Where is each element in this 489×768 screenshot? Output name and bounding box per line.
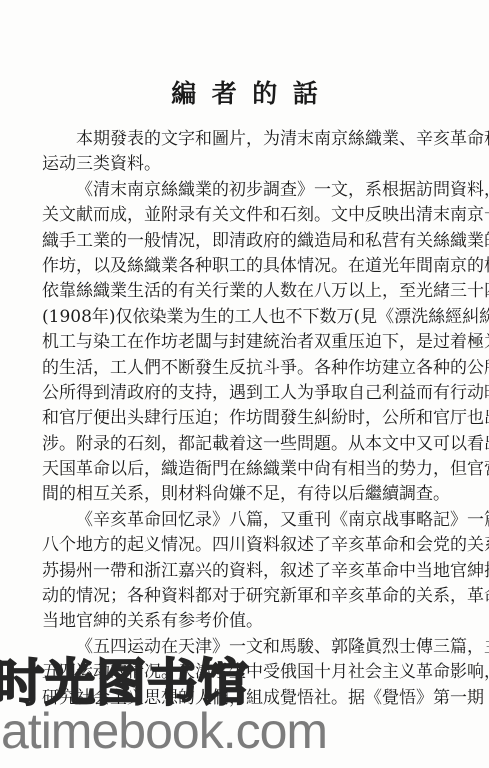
text-line: 《清末南京絲織業的初步調查》一文，系根据訪問資料，参考有 — [42, 178, 448, 203]
text-line: 的生活，工人們不断發生反抗斗爭。各种作坊建立各种的公所，这种 — [42, 356, 448, 381]
text-line: (1908年)仅依染業为生的工人也不下数万(見《漂洗絲經糾紛碑》)。 — [42, 305, 448, 330]
text-line: 作坊，以及絲織業各种职工的具体情况。在道光年間南京的机工和 — [42, 254, 448, 279]
text-line: 动的情况；各种資料都对于研究新軍和辛亥革命的关系，革命党人与 — [42, 584, 448, 609]
text-line: 五四运动的情况。天津学生中受俄国十月社会主义革命影响，开始 — [42, 660, 448, 685]
text-line: 《辛亥革命回忆录》八篇，又重刊《南京战事略記》一篇，共叙述了 — [42, 508, 448, 533]
text-line: 間的相互关系，則材料尙嫌不足，有待以后繼續調查。 — [42, 482, 448, 507]
page-title: 編者的話 — [0, 74, 489, 110]
text-line: 机工与染工在作坊老闆与封建統治者双重压迫下，是过着極为困苦 — [42, 330, 448, 355]
text-line: 苏揚州一帶和浙江嘉兴的資料，叙述了辛亥革命中当地官紳投机活 — [42, 559, 448, 584]
text-line: 运动三类資料。 — [42, 152, 448, 177]
text-line: 依靠絲織業生活的有关行業的人数在八万以上，至光緒三十四年 — [42, 279, 448, 304]
text-line: 研究社会主义思想的人們，組成覺悟社。据《覺悟》第一期《三个半月 — [42, 686, 448, 711]
text-line: 天国革命以后，織造衙門在絲織業中尙有相当的势力，但官营和民营 — [42, 457, 448, 482]
scanned-book-page: 編者的話 本期發表的文字和圖片，为清末南京絲織業、辛亥革命和五四 运动三类資料。… — [0, 0, 489, 768]
text-line: 八个地方的起义情况。四川資料叙述了辛亥革命和会党的关系；江 — [42, 533, 448, 558]
text-line: 关文献而成，並附录有关文件和石刻。文中反映出清末南京一地絲 — [42, 203, 448, 228]
text-line: 織手工業的一般情况，即清政府的織造局和私营有关絲織業的各种 — [42, 229, 448, 254]
text-line: 公所得到清政府的支持，遇到工人为爭取自己利益而有行动时，公所 — [42, 381, 448, 406]
text-line: 和官厅便出头肆行压迫；作坊間發生糾紛时，公所和官厅也出而干 — [42, 406, 448, 431]
text-line: 《五四运动在天津》一文和馬駿、郭隆眞烈士傳三篇，主要为叙述 — [42, 635, 448, 660]
text-line: 当地官紳的关系有参考价值。 — [42, 609, 448, 634]
body-text: 本期發表的文字和圖片，为清末南京絲織業、辛亥革命和五四 运动三类資料。 《清末南… — [42, 127, 448, 711]
text-line: 涉。附录的石刻，都記載着这一些問題。从本文中又可以看出太平 — [42, 432, 448, 457]
text-line: 本期發表的文字和圖片，为清末南京絲織業、辛亥革命和五四 — [42, 127, 448, 152]
